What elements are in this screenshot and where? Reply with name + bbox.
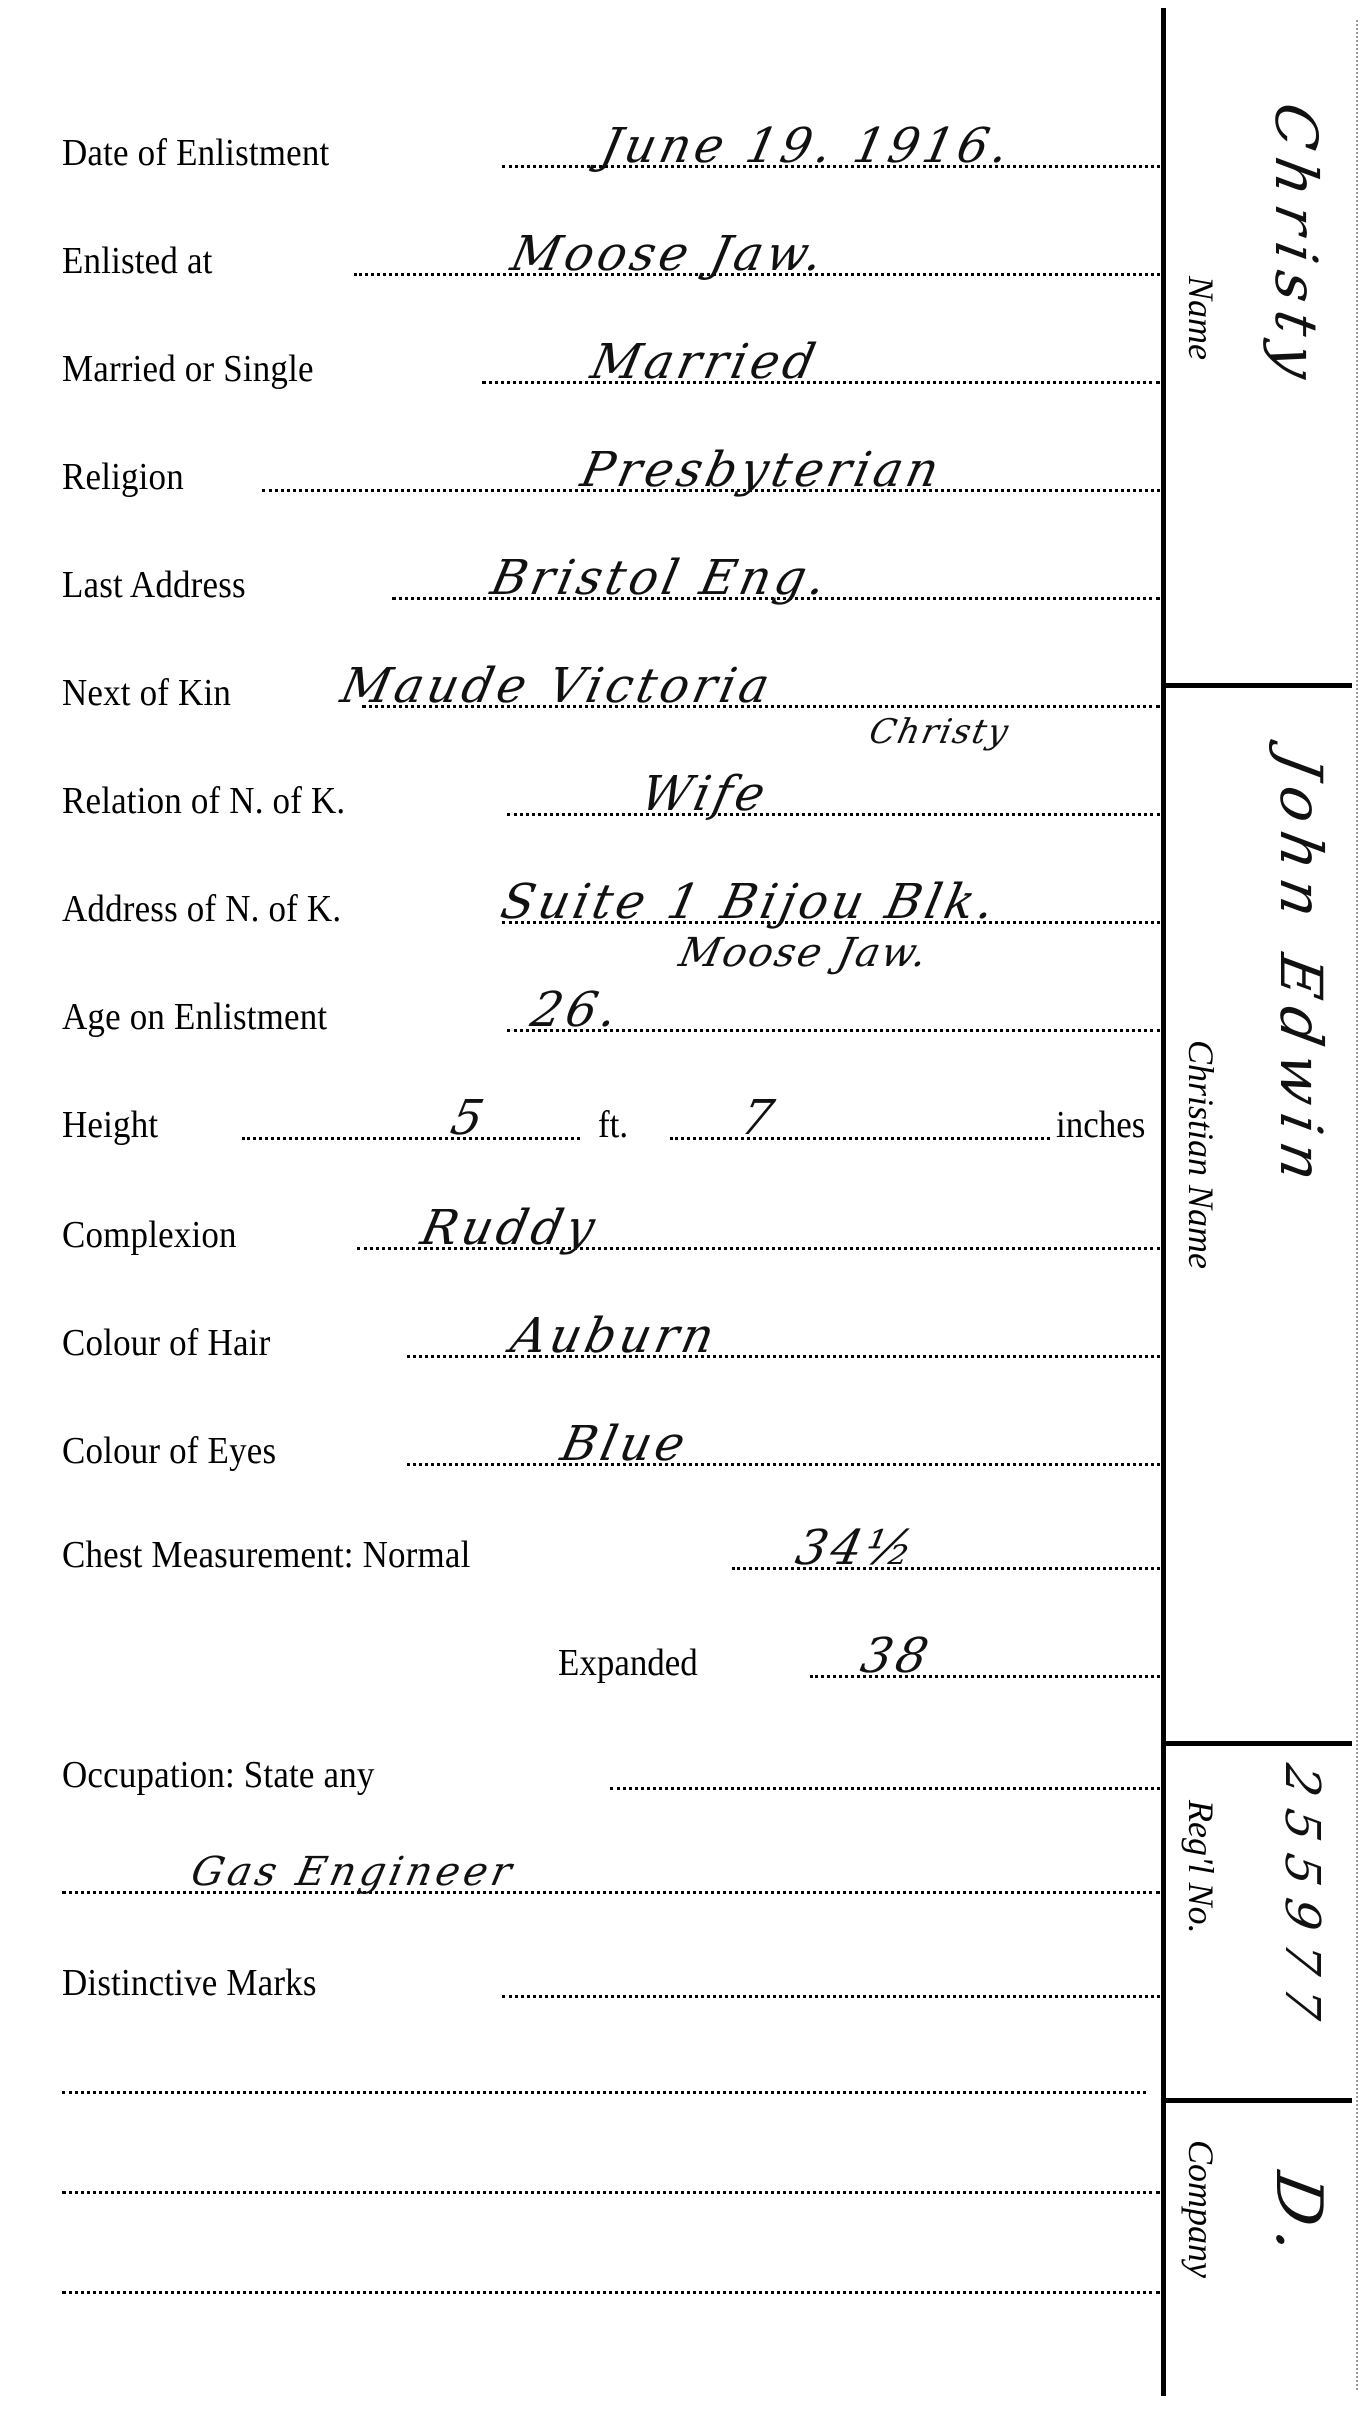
- field-value: Ruddy: [417, 1204, 603, 1252]
- field-value: June 19. 1916.: [597, 122, 1017, 170]
- christian-name-label: Christian Name: [1180, 1040, 1222, 1269]
- field-label: Colour of Eyes: [62, 1432, 276, 1470]
- field-label: Height: [62, 1106, 158, 1144]
- field-value: Married: [587, 338, 823, 386]
- dotted-line-inches: [670, 1137, 1050, 1140]
- field-value: 38: [857, 1632, 936, 1680]
- name-label: Name: [1180, 276, 1222, 360]
- dotted-line: [507, 813, 1160, 816]
- field-label: Colour of Hair: [62, 1324, 270, 1362]
- field-label: Enlisted at: [62, 242, 213, 280]
- field-distinctive-marks: Distinctive Marks: [62, 1942, 1160, 2002]
- field-label: Complexion: [62, 1216, 237, 1254]
- field-label: Occupation: State any: [62, 1756, 375, 1794]
- field-occupation: Occupation: State any: [62, 1734, 1160, 1794]
- dotted-line: [62, 2091, 1146, 2094]
- field-value: Blue: [557, 1420, 693, 1468]
- field-next-of-kin: Next of Kin Maude Victoria: [62, 652, 1160, 712]
- field-occupation-line-2: Gas Engineer: [62, 1838, 1160, 1898]
- field-complexion: Complexion Ruddy: [62, 1194, 1160, 1254]
- regl-no-value: 255977: [1274, 1760, 1330, 2037]
- distinctive-marks-line-2: [62, 2038, 1160, 2098]
- feet-unit-label: ft.: [598, 1106, 628, 1144]
- dotted-line: [62, 2291, 1160, 2294]
- field-label: Distinctive Marks: [62, 1964, 317, 2002]
- height-feet-value: 5: [447, 1094, 492, 1142]
- section-divider-name: [1166, 683, 1352, 688]
- field-chest-expanded: Expanded 38: [62, 1622, 1160, 1682]
- attestation-card: Date of Enlistment June 19. 1916. Enlist…: [0, 0, 1362, 2409]
- dotted-line: [62, 2191, 1160, 2194]
- dotted-line-feet: [242, 1137, 580, 1140]
- field-label: Religion: [62, 458, 184, 496]
- distinctive-marks-line-4: [62, 2238, 1160, 2298]
- margin-edge: [1356, 20, 1358, 2390]
- regl-no-label: Reg'l No.: [1180, 1800, 1222, 1934]
- distinctive-marks-line-3: [62, 2138, 1160, 2198]
- field-label: Date of Enlistment: [62, 134, 329, 172]
- name-value: Christy: [1262, 98, 1330, 394]
- field-age-on-enlistment: Age on Enlistment 26.: [62, 976, 1160, 1036]
- field-label: Married or Single: [62, 350, 314, 388]
- section-divider-regl-no: [1166, 2098, 1352, 2103]
- field-relation-of-next-of-kin: Relation of N. of K. Wife: [62, 760, 1160, 820]
- company-label: Company: [1180, 2140, 1222, 2278]
- field-value: Maude Victoria: [337, 662, 777, 710]
- field-colour-of-eyes: Colour of Eyes Blue: [62, 1410, 1160, 1470]
- dotted-line: [610, 1787, 1160, 1790]
- field-value: Bristol Eng.: [487, 554, 834, 602]
- field-last-address: Last Address Bristol Eng.: [62, 544, 1160, 604]
- field-married-or-single: Married or Single Married: [62, 328, 1160, 388]
- field-chest-normal: Chest Measurement: Normal 34½: [62, 1514, 1160, 1574]
- field-label: Chest Measurement: Normal: [62, 1536, 470, 1574]
- field-label: Age on Enlistment: [62, 998, 327, 1036]
- field-value-continued: Christy: [866, 712, 1014, 752]
- dotted-line: [407, 1463, 1160, 1466]
- field-value: Moose Jaw.: [507, 230, 831, 278]
- field-address-of-next-of-kin: Address of N. of K. Suite 1 Bijou Blk.: [62, 868, 1160, 928]
- inches-unit-label: inches: [1056, 1106, 1145, 1144]
- field-enlisted-at: Enlisted at Moose Jaw.: [62, 220, 1160, 280]
- field-label: Last Address: [62, 566, 246, 604]
- field-value: Auburn: [507, 1312, 722, 1360]
- field-label: Address of N. of K.: [62, 890, 341, 928]
- christian-name-value: John Edwin: [1267, 748, 1335, 1196]
- field-value: Suite 1 Bijou Blk.: [497, 878, 1003, 926]
- field-value-continued: Moose Jaw.: [675, 930, 933, 976]
- field-date-of-enlistment: Date of Enlistment June 19. 1916.: [62, 112, 1160, 172]
- company-value: D.: [1261, 2167, 1335, 2269]
- field-label: Relation of N. of K.: [62, 782, 345, 820]
- dotted-line: [502, 1995, 1160, 1998]
- field-religion: Religion Presbyterian: [62, 436, 1160, 496]
- field-height: Height 5 ft. 7 inches: [62, 1084, 1160, 1144]
- field-value: 26.: [527, 986, 626, 1034]
- field-colour-of-hair: Colour of Hair Auburn: [62, 1302, 1160, 1362]
- dotted-line: [482, 381, 1160, 384]
- field-value: 34½: [792, 1524, 922, 1572]
- height-inches-value: 7: [737, 1094, 782, 1142]
- field-label: Next of Kin: [62, 674, 231, 712]
- field-label: Expanded: [558, 1644, 698, 1682]
- column-divider: [1161, 8, 1166, 2396]
- section-divider-christian-name: [1166, 1741, 1352, 1746]
- field-value: Gas Engineer: [187, 1848, 520, 1896]
- field-value: Presbyterian: [577, 446, 947, 494]
- field-value: Wife: [637, 770, 773, 818]
